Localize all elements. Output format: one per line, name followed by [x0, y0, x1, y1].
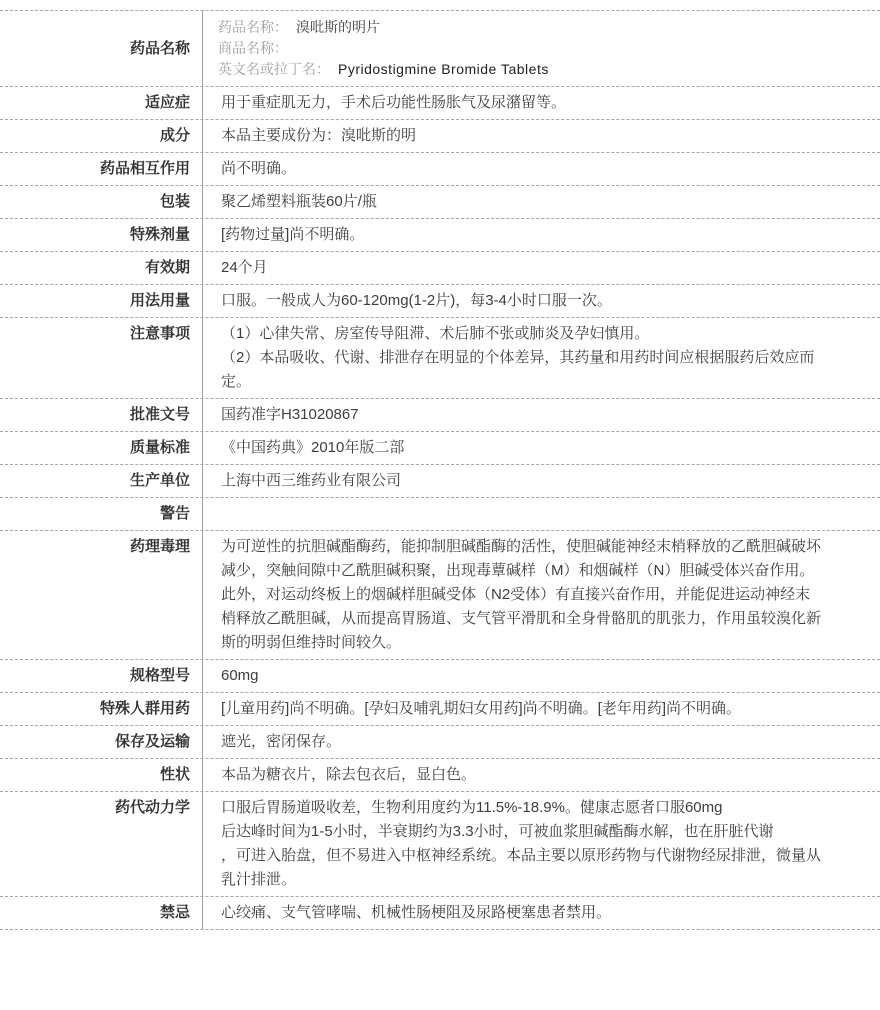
table-row: 注意事项 （1）心律失常、房室传导阻滞、术后肺不张或肺炎及孕妇慎用。 （2）本品…: [0, 318, 880, 399]
row-label: 特殊剂量: [0, 219, 203, 251]
row-label: 药代动力学: [0, 792, 203, 896]
row-value: 聚乙烯塑料瓶装60片/瓶: [203, 186, 880, 218]
row-label: 药理毒理: [0, 531, 203, 659]
table-row: 成分 本品主要成份为：溴吡斯的明: [0, 120, 880, 153]
table-row: 药理毒理 为可逆性的抗胆碱酯酶药，能抑制胆碱酯酶的活性，使胆碱能神经末梢释放的乙…: [0, 531, 880, 660]
row-value: 本品为糖衣片，除去包衣后，显白色。: [203, 759, 880, 791]
row-label: 药品相互作用: [0, 153, 203, 185]
table-row: 质量标准 《中国药典》2010年版二部: [0, 432, 880, 465]
table-row: 保存及运输 遮光，密闭保存。: [0, 726, 880, 759]
row-value: 药品名称：溴吡斯的明片 商品名称： 英文名或拉丁名：Pyridostigmine…: [203, 11, 880, 86]
field-value: Pyridostigmine Bromide Tablets: [338, 61, 549, 77]
table-row: 有效期 24个月: [0, 252, 880, 285]
row-value: [203, 498, 880, 530]
row-label: 警告: [0, 498, 203, 530]
row-value: 心绞痛、支气管哮喘、机械性肠梗阻及尿路梗塞患者禁用。: [203, 897, 880, 929]
table-row: 警告: [0, 498, 880, 531]
row-label: 质量标准: [0, 432, 203, 464]
trade-name-field: 商品名称：: [218, 38, 866, 59]
english-name-field: 英文名或拉丁名：Pyridostigmine Bromide Tablets: [218, 59, 866, 80]
row-label: 批准文号: [0, 399, 203, 431]
row-label: 包装: [0, 186, 203, 218]
row-value: 本品主要成份为：溴吡斯的明: [203, 120, 880, 152]
row-value: 口服后胃肠道吸收差，生物利用度约为11.5%-18.9%。健康志愿者口服60mg…: [203, 792, 880, 896]
table-row: 药代动力学 口服后胃肠道吸收差，生物利用度约为11.5%-18.9%。健康志愿者…: [0, 792, 880, 897]
table-row: 特殊人群用药 [儿童用药]尚不明确。[孕妇及哺乳期妇女用药]尚不明确。[老年用药…: [0, 693, 880, 726]
table-row: 性状 本品为糖衣片，除去包衣后，显白色。: [0, 759, 880, 792]
row-value: 遮光，密闭保存。: [203, 726, 880, 758]
row-value: 上海中西三维药业有限公司: [203, 465, 880, 497]
row-value: 口服。一般成人为60-120mg(1-2片)，每3-4小时口服一次。: [203, 285, 880, 317]
row-label: 性状: [0, 759, 203, 791]
field-value: 溴吡斯的明片: [296, 19, 380, 35]
row-label: 特殊人群用药: [0, 693, 203, 725]
table-row: 特殊剂量 [药物过量]尚不明确。: [0, 219, 880, 252]
table-row: 包装 聚乙烯塑料瓶装60片/瓶: [0, 186, 880, 219]
drug-name-field: 药品名称：溴吡斯的明片: [218, 17, 866, 38]
field-key: 商品名称：: [218, 40, 288, 56]
row-value: 24个月: [203, 252, 880, 284]
row-label: 注意事项: [0, 318, 203, 398]
drug-info-table: 药品名称 药品名称：溴吡斯的明片 商品名称： 英文名或拉丁名：Pyridosti…: [0, 10, 880, 930]
field-key: 药品名称：: [218, 19, 288, 35]
row-value: [儿童用药]尚不明确。[孕妇及哺乳期妇女用药]尚不明确。[老年用药]尚不明确。: [203, 693, 880, 725]
row-value: [药物过量]尚不明确。: [203, 219, 880, 251]
table-row: 禁忌 心绞痛、支气管哮喘、机械性肠梗阻及尿路梗塞患者禁用。: [0, 897, 880, 930]
table-row: 规格型号 60mg: [0, 660, 880, 693]
table-row: 药品相互作用 尚不明确。: [0, 153, 880, 186]
row-label: 成分: [0, 120, 203, 152]
drug-name-row: 药品名称 药品名称：溴吡斯的明片 商品名称： 英文名或拉丁名：Pyridosti…: [0, 11, 880, 87]
row-label: 规格型号: [0, 660, 203, 692]
row-value: 用于重症肌无力，手术后功能性肠胀气及尿潴留等。: [203, 87, 880, 119]
table-row: 适应症 用于重症肌无力，手术后功能性肠胀气及尿潴留等。: [0, 87, 880, 120]
row-label: 适应症: [0, 87, 203, 119]
table-row: 用法用量 口服。一般成人为60-120mg(1-2片)，每3-4小时口服一次。: [0, 285, 880, 318]
row-label: 生产单位: [0, 465, 203, 497]
row-label: 禁忌: [0, 897, 203, 929]
row-label: 保存及运输: [0, 726, 203, 758]
table-row: 生产单位 上海中西三维药业有限公司: [0, 465, 880, 498]
row-value: 为可逆性的抗胆碱酯酶药，能抑制胆碱酯酶的活性，使胆碱能神经末梢释放的乙酰胆碱破坏…: [203, 531, 880, 659]
row-value: 《中国药典》2010年版二部: [203, 432, 880, 464]
table-row: 批准文号 国药准字H31020867: [0, 399, 880, 432]
row-value: 60mg: [203, 660, 880, 692]
row-label: 用法用量: [0, 285, 203, 317]
row-label: 有效期: [0, 252, 203, 284]
field-key: 英文名或拉丁名：: [218, 61, 330, 77]
row-value: 尚不明确。: [203, 153, 880, 185]
row-label: 药品名称: [0, 11, 203, 86]
row-value: 国药准字H31020867: [203, 399, 880, 431]
row-value: （1）心律失常、房室传导阻滞、术后肺不张或肺炎及孕妇慎用。 （2）本品吸收、代谢…: [203, 318, 880, 398]
